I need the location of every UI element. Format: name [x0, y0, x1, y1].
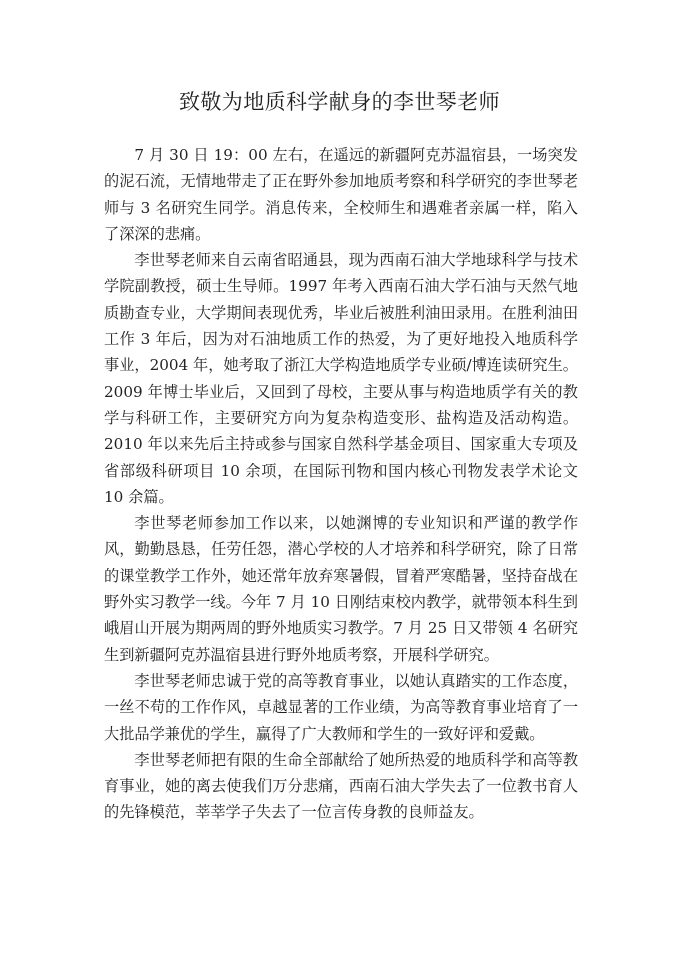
- document-title: 致敬为地质科学献身的李世琴老师: [0, 88, 679, 116]
- document-body: 7 月 30 日 19：00 左右，在遥远的新疆阿克苏温宿县，一场突发的泥石流，…: [104, 142, 578, 826]
- paragraph-biography: 李世琴老师来自云南省昭通县，现为西南石油大学地球科学与技术学院副教授，硕士生导师…: [104, 247, 578, 510]
- paragraph-memorial: 李世琴老师把有限的生命全部献给了她所热爱的地质科学和高等教育事业，她的离去使我们…: [104, 747, 578, 826]
- document-page: 致敬为地质科学献身的李世琴老师 7 月 30 日 19：00 左右，在遥远的新疆…: [0, 0, 679, 960]
- paragraph-incident: 7 月 30 日 19：00 左右，在遥远的新疆阿克苏温宿县，一场突发的泥石流，…: [104, 142, 578, 247]
- paragraph-dedication: 李世琴老师参加工作以来，以她渊博的专业知识和严谨的教学作风，勤勤恳恳，任劳任怨，…: [104, 510, 578, 668]
- paragraph-achievements: 李世琴老师忠诚于党的高等教育事业，以她认真踏实的工作态度，一丝不苟的工作作风，卓…: [104, 668, 578, 747]
